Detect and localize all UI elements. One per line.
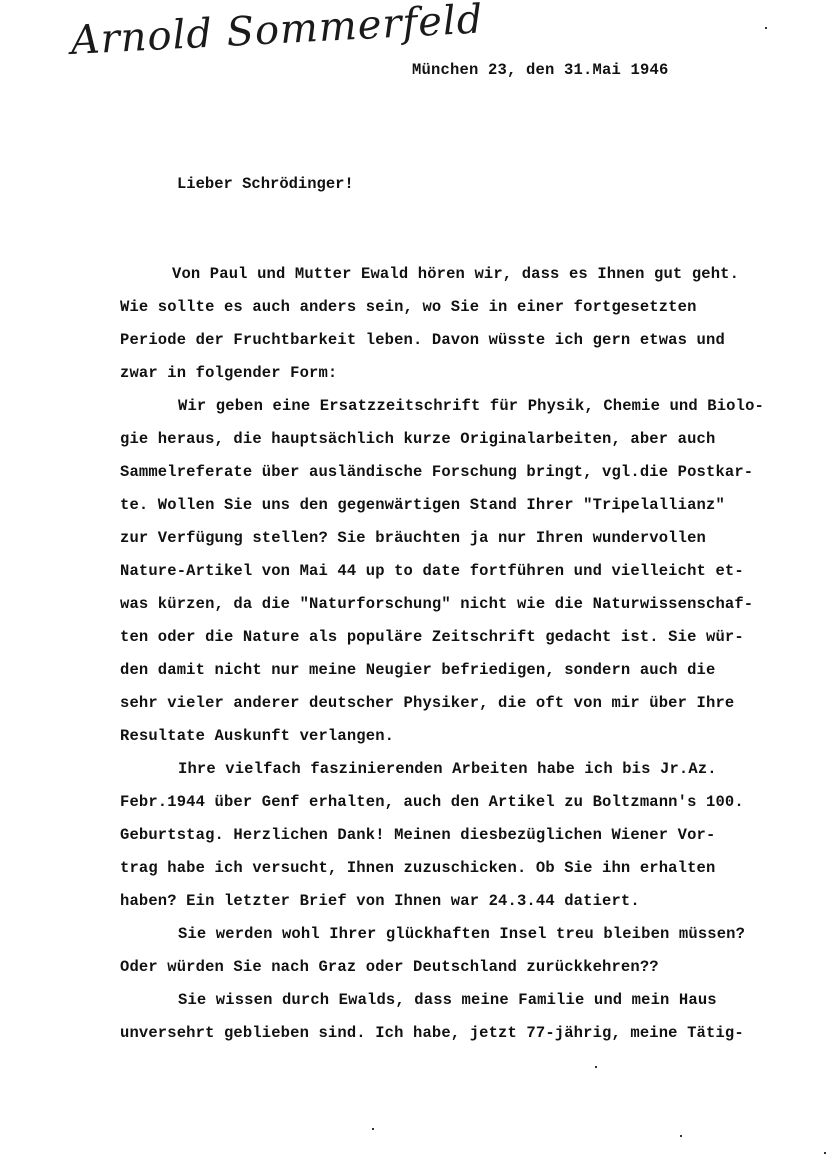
text-line: Oder würden Sie nach Graz oder Deutschla… — [120, 951, 820, 984]
text-line: Ihre vielfach faszinierenden Arbeiten ha… — [120, 753, 820, 786]
text-line: Sammelreferate über ausländische Forschu… — [120, 456, 820, 489]
salutation: Lieber Schrödinger! — [177, 175, 354, 193]
text-line: Periode der Fruchtbarkeit leben. Davon w… — [120, 324, 820, 357]
letter-body: Von Paul und Mutter Ewald hören wir, das… — [120, 258, 820, 1050]
text-line: Von Paul und Mutter Ewald hören wir, das… — [120, 258, 820, 291]
text-line: trag habe ich versucht, Ihnen zuzuschick… — [120, 852, 820, 885]
text-line: gie heraus, die hauptsächlich kurze Orig… — [120, 423, 820, 456]
text-line: Sie wissen durch Ewalds, dass meine Fami… — [120, 984, 820, 1017]
text-line: haben? Ein letzter Brief von Ihnen war 2… — [120, 885, 820, 918]
text-line: Sie werden wohl Ihrer glückhaften Insel … — [120, 918, 820, 951]
text-line: ten oder die Nature als populäre Zeitsch… — [120, 621, 820, 654]
dateline: München 23, den 31.Mai 1946 — [412, 61, 669, 79]
letter-page: Arnold Sommerfeld München 23, den 31.Mai… — [0, 0, 831, 1169]
text-line: te. Wollen Sie uns den gegenwärtigen Sta… — [120, 489, 820, 522]
scan-speck — [765, 27, 767, 29]
text-line: Febr.1944 über Genf erhalten, auch den A… — [120, 786, 820, 819]
text-line: Nature-Artikel von Mai 44 up to date for… — [120, 555, 820, 588]
text-line: was kürzen, da die "Naturforschung" nich… — [120, 588, 820, 621]
text-line: Wie sollte es auch anders sein, wo Sie i… — [120, 291, 820, 324]
scan-speck — [595, 1066, 597, 1068]
text-line: Resultate Auskunft verlangen. — [120, 720, 820, 753]
text-line: unversehrt geblieben sind. Ich habe, jet… — [120, 1017, 820, 1050]
scan-speck — [680, 1135, 682, 1137]
text-line: Geburtstag. Herzlichen Dank! Meinen dies… — [120, 819, 820, 852]
handwritten-signature: Arnold Sommerfeld — [70, 0, 485, 64]
text-line: zwar in folgender Form: — [120, 357, 820, 390]
scan-speck — [372, 1128, 374, 1130]
scan-speck — [824, 1152, 826, 1154]
text-line: zur Verfügung stellen? Sie bräuchten ja … — [120, 522, 820, 555]
text-line: sehr vieler anderer deutscher Physiker, … — [120, 687, 820, 720]
text-line: Wir geben eine Ersatzzeitschrift für Phy… — [120, 390, 820, 423]
text-line: den damit nicht nur meine Neugier befrie… — [120, 654, 820, 687]
